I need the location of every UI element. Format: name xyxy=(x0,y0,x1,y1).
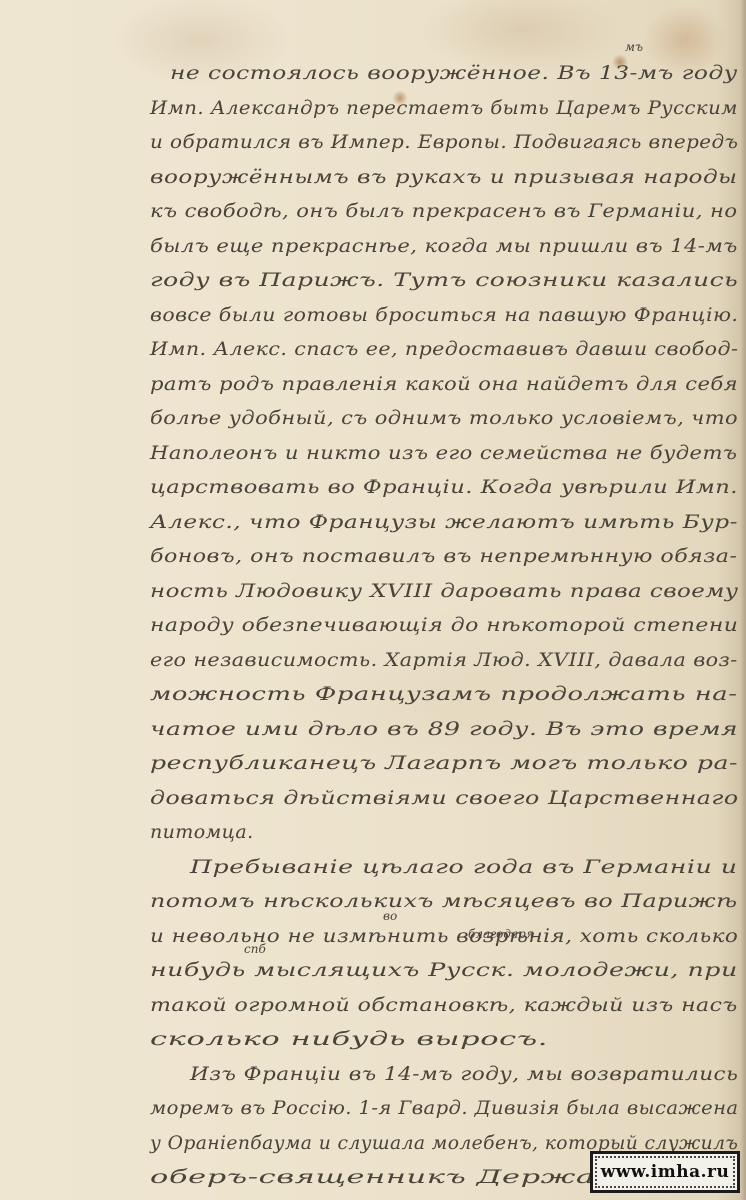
manuscript-line: былъ еще прекраснѣе, когда мы пришли въ … xyxy=(150,235,738,257)
manuscript-line: доваться дѣйствіями своего Царственнаго xyxy=(150,787,739,809)
manuscript-line: чатое ими дѣло въ 89 году. Въ это время xyxy=(150,718,738,740)
manuscript-line: вооружённымъ въ рукахъ и призывая народы xyxy=(150,166,737,188)
manuscript-line: къ свободѣ, онъ былъ прекрасенъ въ Герма… xyxy=(150,200,737,222)
manuscript-line: Алекс., что Французы желаютъ имѣть Бур- xyxy=(150,511,738,533)
manuscript-line: году въ Парижъ. Тутъ союзники казались xyxy=(150,269,738,291)
manuscript-line: Имп. Александръ перестаетъ быть Царемъ Р… xyxy=(150,97,738,119)
manuscript-line: не состоялось вооружённое. Въ 13-мъ году xyxy=(170,62,738,84)
manuscript-line: Наполеонъ и никто изъ его семейства не б… xyxy=(150,442,737,464)
manuscript-line: республиканецъ Лагарпъ могъ только ра- xyxy=(150,752,738,774)
manuscript-line: потомъ нѣсколькихъ мѣсяцевъ во Парижѣ xyxy=(150,890,738,912)
manuscript-line: и обратился въ Импер. Европы. Подвигаясь… xyxy=(150,131,738,153)
manuscript-line: ратъ родъ правленія какой она найдетъ дл… xyxy=(150,373,738,395)
manuscript-line: питомца. xyxy=(150,821,254,843)
manuscript-line: боновъ, онъ поставилъ въ непремѣнную обя… xyxy=(150,545,737,567)
interlinear-annotation: во xyxy=(383,909,397,923)
manuscript-line: вовсе были готовы броситься на павшую Фр… xyxy=(150,304,738,326)
watermark-badge: www.imha.ru xyxy=(590,1151,740,1193)
manuscript-line: ность Людовику XVIII даровать права свое… xyxy=(150,580,739,602)
manuscript-line: можность Французамъ продолжать на- xyxy=(150,683,737,705)
watermark-text: www.imha.ru xyxy=(601,1162,730,1182)
manuscript-line: болѣе удобный, съ однимъ только условіем… xyxy=(150,407,738,429)
manuscript-page: не состоялось вооружённое. Въ 13-мъ году… xyxy=(0,0,746,1200)
manuscript-line: нибудь мыслящихъ Русск. молодежи, при xyxy=(150,959,738,981)
manuscript-line: Имп. Алекс. спасъ ее, предоставивъ давши… xyxy=(150,338,738,360)
handwritten-text-block: не состоялось вооружённое. Въ 13-мъ году… xyxy=(0,0,746,1200)
manuscript-line: Пребываніе цѣлаго года въ Германіи и xyxy=(190,856,738,878)
interlinear-annotation: спб xyxy=(244,942,266,956)
interlinear-annotation: благодаря xyxy=(468,927,534,941)
manuscript-line: Изъ Франціи въ 14-мъ году, мы возвратили… xyxy=(190,1063,738,1085)
manuscript-line: царствовать во Франціи. Когда увѣрили Им… xyxy=(150,476,738,498)
manuscript-line: сколько нибудь выросъ. xyxy=(150,1028,548,1050)
interlinear-annotation: мъ xyxy=(625,40,643,54)
manuscript-line: такой огромной обстановкѣ, каждый изъ на… xyxy=(150,994,738,1016)
manuscript-line: моремъ въ Россію. 1-я Гвард. Дивизія был… xyxy=(150,1097,738,1119)
manuscript-line: и невольно не измѣнить возрѣнія, хоть ск… xyxy=(150,925,738,947)
manuscript-line: его независимость. Хартія Люд. XVIII, да… xyxy=(150,649,738,671)
manuscript-line: народу обезпечивающія до нѣкоторой степе… xyxy=(150,614,738,636)
